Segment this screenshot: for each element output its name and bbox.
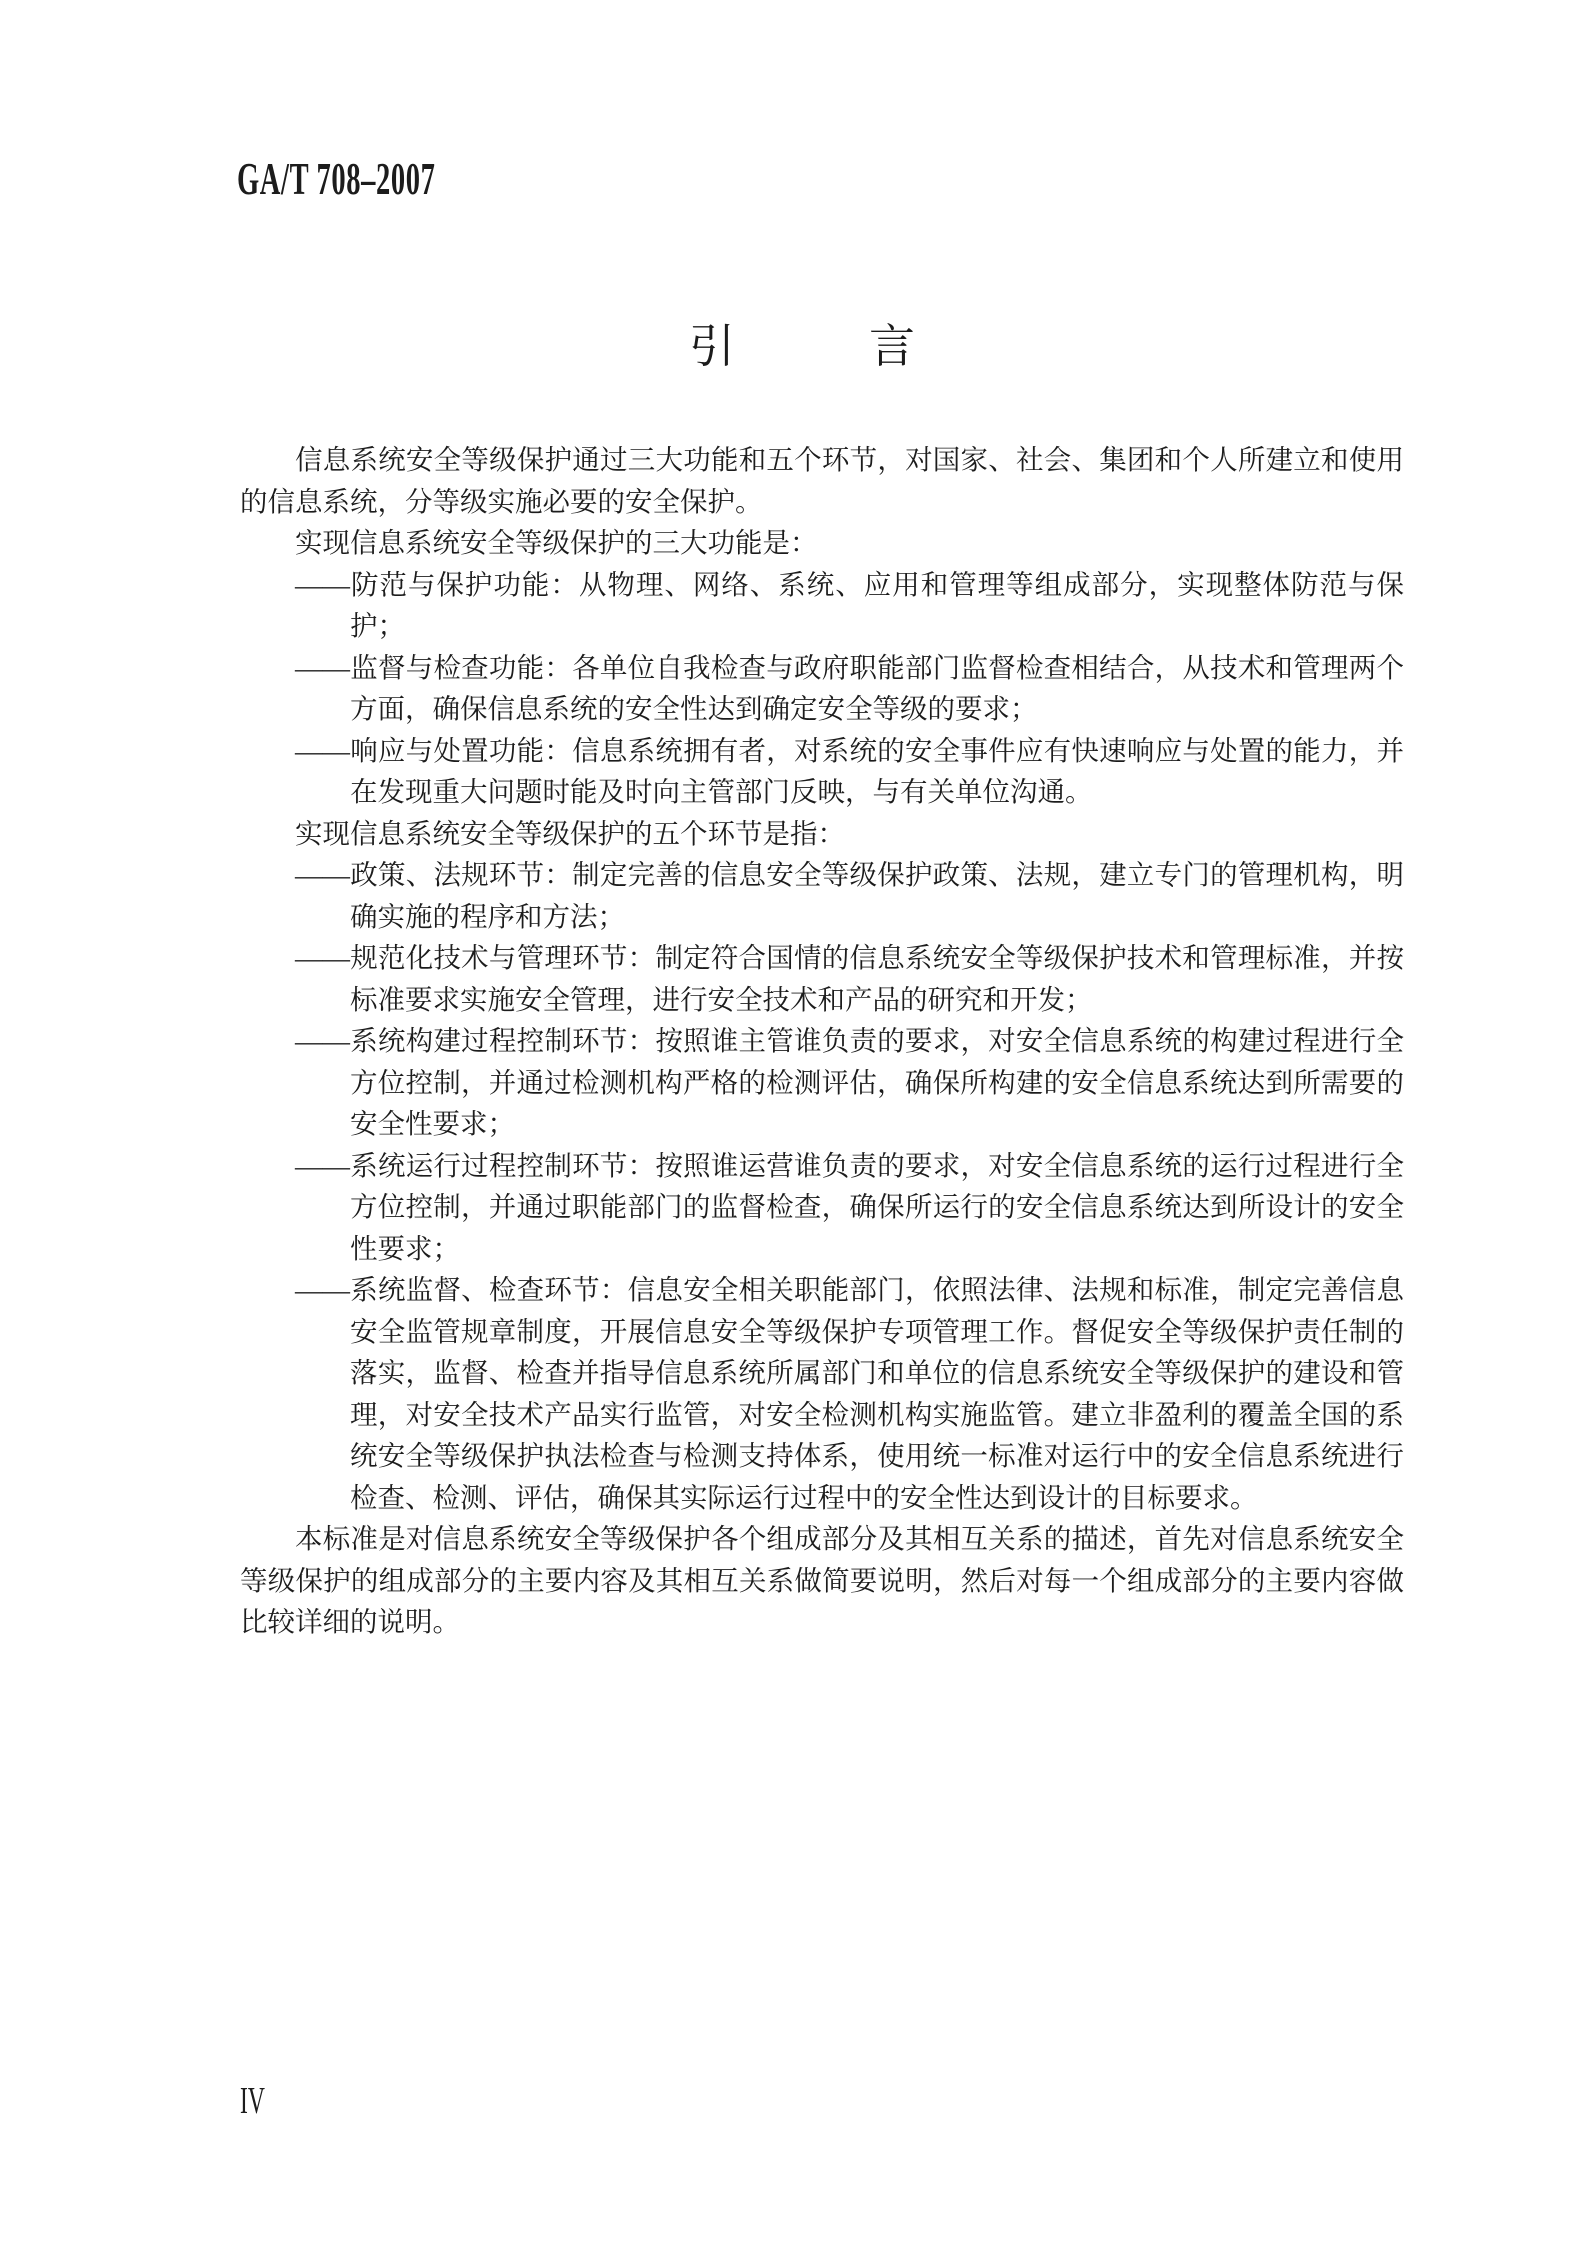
page-title-char-1: 引 [689, 318, 735, 374]
standard-code-text: GA/T 708–2007 [237, 156, 435, 202]
page-title-char-2: 言 [869, 318, 915, 374]
list-item-function-supervision: ——监督与检查功能：各单位自我检查与政府职能部门监督检查相结合，从技术和管理两个… [240, 647, 1404, 730]
list-item-function-response: ——响应与处置功能：信息系统拥有者，对系统的安全事件应有快速响应与处置的能力，并… [240, 730, 1404, 813]
document-body: 信息系统安全等级保护通过三大功能和五个环节，对国家、社会、集团和个人所建立和使用… [240, 439, 1404, 1643]
document-page: GA/T 708–2007 引 言 信息系统安全等级保护通过三大功能和五个环节，… [0, 0, 1587, 2245]
list-item-stage-construction: ——系统构建过程控制环节：按照谁主管谁负责的要求，对安全信息系统的构建过程进行全… [240, 1020, 1404, 1145]
paragraph-three-functions-lead: 实现信息系统安全等级保护的三大功能是： [240, 522, 1404, 564]
page-title: 引 言 [220, 318, 1384, 374]
list-item-function-prevention: ——防范与保护功能：从物理、网络、系统、应用和管理等组成部分，实现整体防范与保护… [240, 564, 1404, 647]
paragraph-closing: 本标准是对信息系统安全等级保护各个组成部分及其相互关系的描述，首先对信息系统安全… [240, 1518, 1404, 1643]
page-number: IV [240, 2082, 280, 2120]
list-item-stage-policy: ——政策、法规环节：制定完善的信息安全等级保护政策、法规，建立专门的管理机构，明… [240, 854, 1404, 937]
list-item-stage-standardization: ——规范化技术与管理环节：制定符合国情的信息系统安全等级保护技术和管理标准，并按… [240, 937, 1404, 1020]
paragraph-five-stages-lead: 实现信息系统安全等级保护的五个环节是指： [240, 813, 1404, 855]
page-number-text: IV [240, 2082, 265, 2120]
standard-code: GA/T 708–2007 [237, 156, 557, 202]
paragraph-intro: 信息系统安全等级保护通过三大功能和五个环节，对国家、社会、集团和个人所建立和使用… [240, 439, 1404, 522]
list-item-stage-inspection: ——系统监督、检查环节：信息安全相关职能部门，依照法律、法规和标准，制定完善信息… [240, 1269, 1404, 1518]
list-item-stage-operation: ——系统运行过程控制环节：按照谁运营谁负责的要求，对安全信息系统的运行过程进行全… [240, 1145, 1404, 1270]
